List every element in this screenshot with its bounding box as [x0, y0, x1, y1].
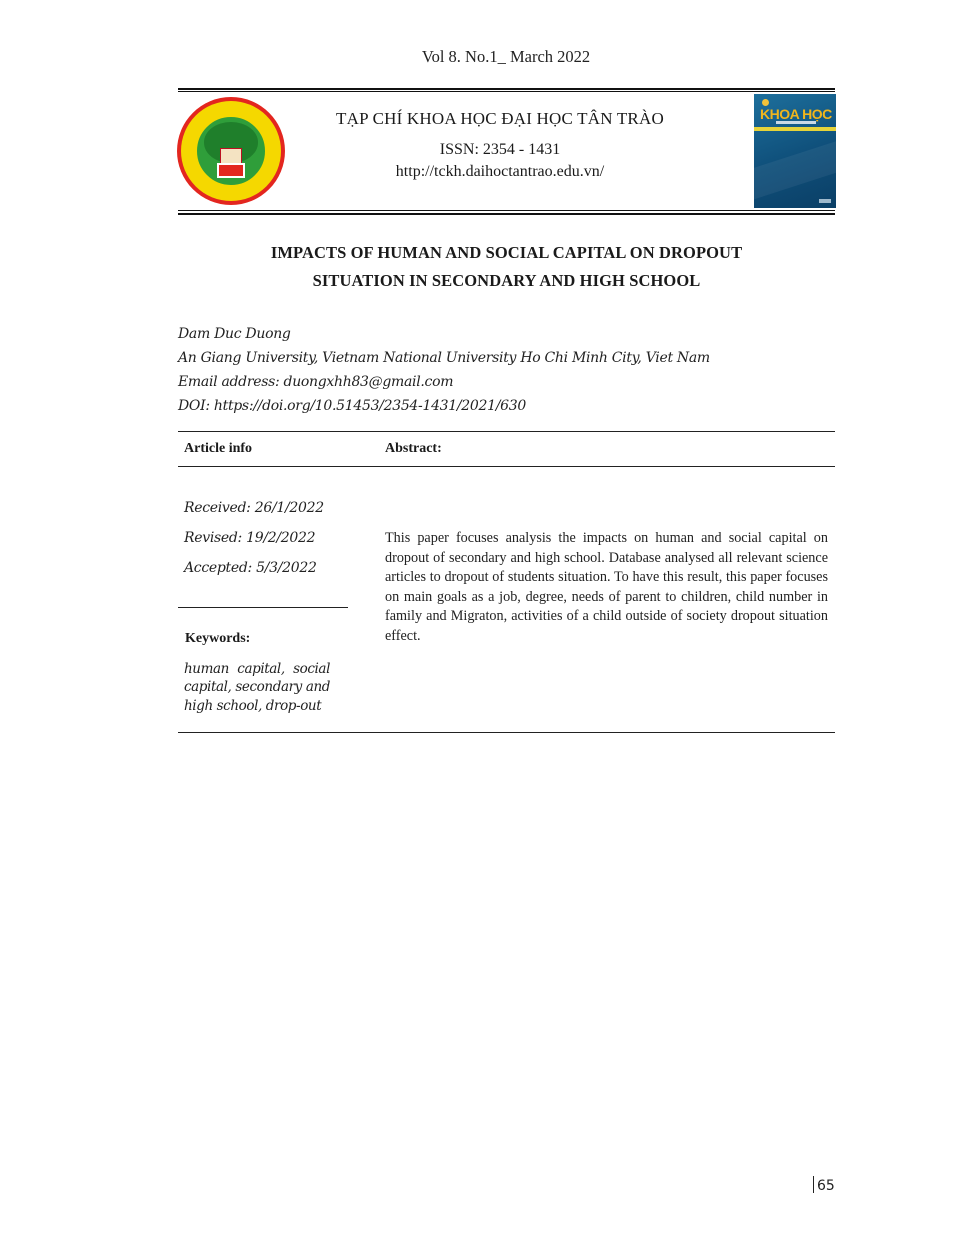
article-title-line-1: IMPACTS OF HUMAN AND SOCIAL CAPITAL ON D… [178, 243, 835, 263]
journal-cover-icon: KHOA HỌC [754, 94, 836, 208]
article-title-line-2: SITUATION IN SECONDARY AND HIGH SCHOOL [178, 271, 835, 291]
accepted-date: Accepted: 5/3/2022 [184, 560, 317, 576]
article-doi[interactable]: DOI: https://doi.org/10.51453/2354-1431/… [178, 398, 526, 414]
keywords-label: Keywords: [185, 631, 250, 647]
abstract-text: This paper focuses analysis the impacts … [385, 529, 828, 647]
info-rule-top [178, 431, 835, 432]
journal-issn: ISSN: 2354 - 1431 [300, 141, 700, 159]
author-name: Dam Duc Duong [178, 326, 291, 342]
article-info-label: Article info [184, 441, 252, 457]
journal-title: TẠP CHÍ KHOA HỌC ĐẠI HỌC TÂN TRÀO [300, 109, 700, 129]
page-number: 65 [813, 1176, 835, 1194]
keywords-divider [178, 607, 348, 608]
header-rule-bottom-thin [178, 210, 835, 211]
author-affiliation: An Giang University, Vietnam National Un… [178, 350, 710, 366]
university-seal-icon [177, 97, 285, 205]
header-rule-bottom [178, 213, 835, 215]
abstract-label: Abstract: [385, 441, 442, 457]
info-rule-bottom [178, 732, 835, 733]
info-rule-header [178, 466, 835, 467]
page-number-bar [813, 1176, 814, 1193]
running-head: Vol 8. No.1_ March 2022 [0, 47, 969, 67]
cover-title: KHOA HỌC [760, 106, 832, 122]
keywords-text: human capital, social capital, secondary… [184, 660, 330, 715]
header-rule-top [178, 88, 835, 90]
page-number-value: 65 [817, 1178, 835, 1194]
revised-date: Revised: 19/2/2022 [184, 530, 315, 546]
header-rule-top-thin [178, 91, 835, 92]
journal-url[interactable]: http://tckh.daihoctantrao.edu.vn/ [300, 163, 700, 181]
received-date: Received: 26/1/2022 [184, 500, 324, 516]
author-email[interactable]: Email address: duongxhh83@gmail.com [178, 374, 453, 390]
